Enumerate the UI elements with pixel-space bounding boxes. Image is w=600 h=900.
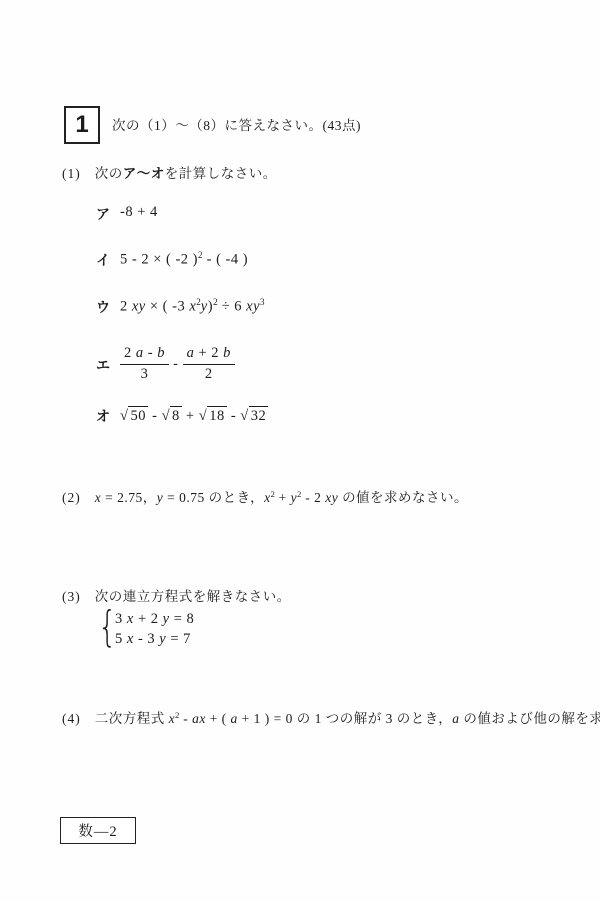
question-1-label: (1) bbox=[62, 166, 81, 182]
question-1-text-suffix: を計算しなさい。 bbox=[165, 166, 277, 181]
question-2-statement: x = 2.75，y = 0.75 のとき，x2 + y2 - 2 xy の値を… bbox=[95, 490, 468, 505]
question-3: (3)次の連立方程式を解きなさい。 bbox=[62, 585, 291, 605]
calc-item-o-expression: √50 - √8 + √18 - √32 bbox=[120, 406, 268, 425]
question-3-label: (3) bbox=[62, 589, 81, 605]
system-equation-2: 5 x - 3 y = 7 bbox=[115, 629, 194, 649]
calc-item-a-label: ア bbox=[96, 204, 110, 224]
calc-item-i-label: イ bbox=[96, 250, 110, 270]
calc-item-i-expression: 5 - 2 × ( -2 )2 - ( -4 ) bbox=[120, 250, 248, 268]
question-4: (4)二次方程式 x2 - ax + ( a + 1 ) = 0 の 1 つの解… bbox=[62, 707, 600, 727]
question-1: (1)次のア～オを計算しなさい。 bbox=[62, 162, 277, 182]
question-3-text: 次の連立方程式を解きなさい。 bbox=[95, 589, 291, 604]
footer-page-box: 数—2 bbox=[60, 817, 136, 844]
equation-system: { 3 x + 2 y = 8 5 x - 3 y = 7 bbox=[98, 609, 194, 649]
calc-item-u-label: ウ bbox=[96, 297, 110, 317]
calc-item-e-label: エ bbox=[96, 355, 110, 375]
question-4-label: (4) bbox=[62, 711, 81, 727]
question-1-text-bold: ア～オ bbox=[123, 166, 165, 181]
system-equation-1: 3 x + 2 y = 8 bbox=[115, 609, 194, 629]
system-brace: { bbox=[98, 606, 117, 648]
section-number-box: 1 bbox=[64, 106, 100, 144]
question-1-text-prefix: 次の bbox=[95, 166, 123, 181]
calc-item-a-expression: -8 + 4 bbox=[120, 204, 158, 221]
question-2: (2)x = 2.75，y = 0.75 のとき，x2 + y2 - 2 xy … bbox=[62, 486, 468, 506]
footer-page-label: 数—2 bbox=[78, 820, 117, 841]
calc-item-o-label: オ bbox=[96, 406, 110, 426]
calc-item-u-expression: 2 xy × ( -3 x2y)2 ÷ 6 xy3 bbox=[120, 297, 265, 315]
question-2-label: (2) bbox=[62, 490, 81, 506]
question-4-statement: 二次方程式 x2 - ax + ( a + 1 ) = 0 の 1 つの解が 3… bbox=[95, 711, 600, 726]
calc-item-e-expression: 2 a - b3 - a + 2 b2 bbox=[120, 346, 235, 383]
section-number: 1 bbox=[75, 113, 88, 137]
exam-page: 1 次の（1）～（8）に答えなさい。(43点) (1)次のア～オを計算しなさい。… bbox=[0, 0, 600, 900]
section-instruction: 次の（1）～（8）に答えなさい。(43点) bbox=[112, 114, 361, 134]
